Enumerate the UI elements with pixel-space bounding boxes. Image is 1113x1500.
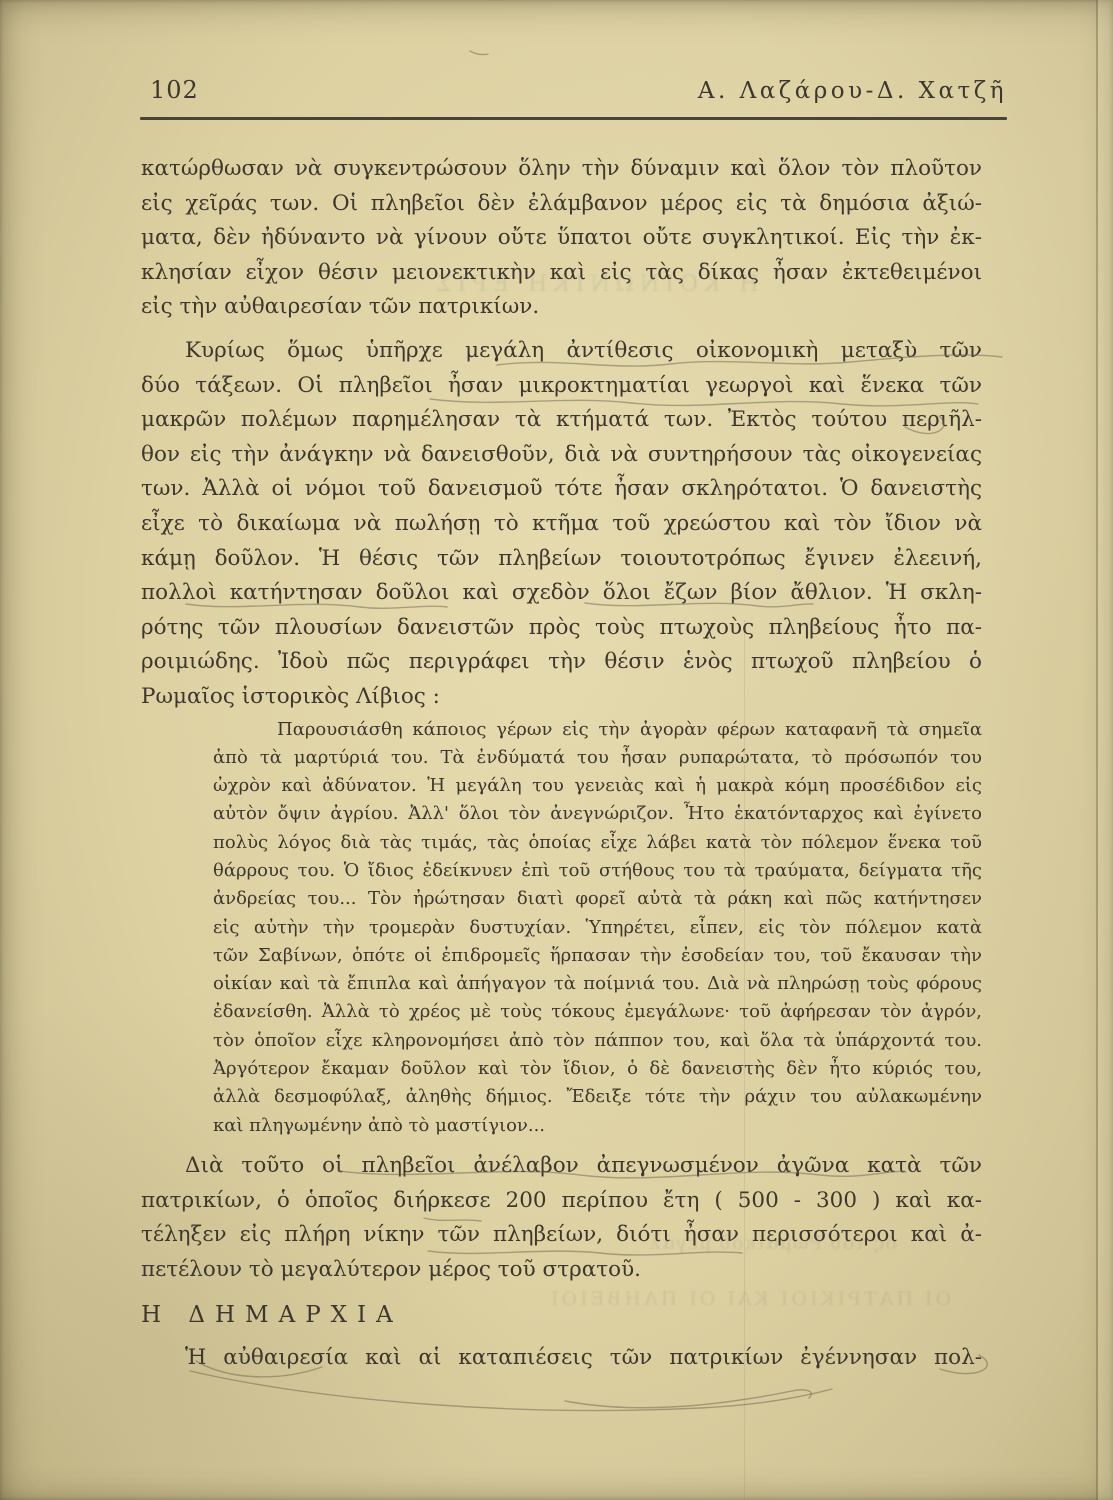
pencil-mark [565, 1390, 811, 1408]
page-crease [744, 620, 745, 1500]
text-line: μακρῶν πολέμων παρημέλησαν τὰ κτήματά τω… [141, 403, 982, 438]
text-line: κάμῃ δοῦλον. Ἡ θέσις τῶν πληβείων τοιουτ… [141, 542, 982, 577]
text-line: τέληξεν εἰς πλήρη νίκην τῶν πληβείων, δι… [141, 1218, 982, 1253]
section-heading: Η ΔΗΜΑΡΧΙΑ [141, 1300, 982, 1330]
text-line: εἰς τὴν αὐθαιρεσίαν τῶν πατρικίων. [141, 290, 982, 325]
text-line: ματα, δὲν ἠδύναντο νὰ γίνουν οὔτε ὕπατοι… [141, 221, 982, 256]
running-head: Α. Λαζάρου-Δ. Χατζῆ [698, 78, 1007, 104]
pencil-mark [190, 1371, 832, 1410]
paragraph: κατώρθωσαν νὰ συγκεντρώσουν ὅλην τὴν δύν… [141, 152, 982, 325]
page-number: 102 [150, 76, 199, 104]
header-rule [140, 117, 1007, 120]
text-line: ροιμιώδης. Ἰδοὺ πῶς περιγράφει τὴν θέσιν… [141, 645, 982, 680]
text-line: θον εἰς τὴν ἀνάγκην νὰ δανεισθοῦν, διὰ ν… [141, 438, 982, 473]
text-line: κατώρθωσαν νὰ συγκεντρώσουν ὅλην τὴν δύν… [141, 152, 982, 187]
text-line: ὠχρὸν καὶ ἀδύνατον. Ἡ μεγάλη του γενειὰς… [213, 772, 982, 800]
text-line: πετέλουν τὸ μεγαλύτερον μέρος τοῦ στρατο… [141, 1253, 982, 1288]
pencil-mark [470, 51, 488, 55]
text-line: πατρικίων, ὁ ὁποῖος διήρκεσε 200 περίπου… [141, 1184, 982, 1219]
text-line: οἰκίαν καὶ τὰ ἔπιπλα καὶ ἀπήγαγον τὰ ποί… [213, 970, 982, 998]
text-line: Ρωμαῖος ἱστορικὸς Λίβιος : [141, 680, 982, 715]
text-column: κατώρθωσαν νὰ συγκεντρώσουν ὅλην τὴν δύν… [141, 152, 982, 1376]
text-line: πολὺς λόγος διὰ τὰς τιμάς, τὰς ὁποίας εἶ… [213, 829, 982, 857]
text-line: ἐδανείσθη. Ἀλλὰ τὸ χρέος μὲ τοὺς τόκους … [213, 998, 982, 1026]
text-line: εἶχε τὸ δικαίωμα νὰ πωλήσῃ τὸ κτῆμα τοῦ … [141, 507, 982, 542]
paragraph: Κυρίως ὅμως ὑπῆρχε μεγάλη ἀντίθεσις οἰκο… [141, 334, 982, 715]
text-line: Ἡ αὐθαιρεσία καὶ αἱ καταπιέσεις τῶν πατρ… [141, 1341, 982, 1376]
text-line: εἰς αὐτὴν τὴν τρομερὰν δυστυχίαν. Ὑπηρέτ… [213, 914, 982, 942]
text-line: θάρρους του. Ὁ ἴδιος ἐδείκνυεν ἐπὶ τοῦ σ… [213, 857, 982, 885]
text-line: εἰς χεῖράς των. Οἱ πληβεῖοι δὲν ἐλάμβανο… [141, 187, 982, 222]
block-quote: Παρουσιάσθη κάποιος γέρων εἰς τὴν ἀγορὰν… [213, 716, 982, 1140]
text-line: κλησίαν εἶχον θέσιν μειονεκτικὴν καὶ εἰς… [141, 256, 982, 291]
paragraph: Διὰ τοῦτο οἱ πληβεῖοι ἀνέλαβον ἀπεγνωσμέ… [141, 1149, 982, 1287]
text-line: Κυρίως ὅμως ὑπῆρχε μεγάλη ἀντίθεσις οἰκο… [141, 334, 982, 369]
paragraph: Ἡ αὐθαιρεσία καὶ αἱ καταπιέσεις τῶν πατρ… [141, 1341, 982, 1376]
scanned-book-page: 102 Α. Λαζάρου-Δ. Χατζῆ κατώρθωσαν νὰ συ… [0, 0, 1113, 1500]
text-line: τὸν ὁποῖον εἶχε κληρονομήσει ἀπὸ τὸν πάπ… [213, 1027, 982, 1055]
text-line: τῶν Σαβίνων, ὁπότε οἱ ἐπιδρομεῖς ἥρπασαν… [213, 942, 982, 970]
text-line: δύο τάξεων. Οἱ πληβεῖοι ἦσαν μικροκτηματ… [141, 369, 982, 404]
text-line: ρότης τῶν πλουσίων δανειστῶν πρὸς τοὺς π… [141, 611, 982, 646]
text-line: πολλοὶ κατήντησαν δοῦλοι καὶ σχεδὸν ὅλοι… [141, 576, 982, 611]
page-edge [1098, 0, 1113, 1500]
text-line: ἀλλὰ δεσμοφύλαξ, ἀληθὴς δήμιος. Ἔδειξε τ… [213, 1083, 982, 1111]
page-header: 102 Α. Λαζάρου-Δ. Χατζῆ [150, 76, 1007, 104]
text-line: ἀνδρείας του... Τὸν ἠρώτησαν διατὶ φορεῖ… [213, 885, 982, 913]
text-line: καὶ πληγωμένην ἀπὸ τὸ μαστίγιον... [213, 1112, 982, 1140]
text-line: Ἀργότερον ἔκαμαν δοῦλον καὶ τὸν ἴδιον, ὁ… [213, 1055, 982, 1083]
text-line: Διὰ τοῦτο οἱ πληβεῖοι ἀνέλαβον ἀπεγνωσμέ… [141, 1149, 982, 1184]
text-line: των. Ἀλλὰ οἱ νόμοι τοῦ δανεισμοῦ τότε ἦσ… [141, 472, 982, 507]
text-line: αὐτὸν ὄψιν ἀγρίου. Ἀλλ' ὅλοι τὸν ἀνεγνώρ… [213, 800, 982, 828]
text-line: ἀπὸ τὰ μαρτύριά του. Τὰ ἐνδύματά του ἦσα… [213, 744, 982, 772]
text-line: Παρουσιάσθη κάποιος γέρων εἰς τὴν ἀγορὰν… [213, 716, 982, 744]
